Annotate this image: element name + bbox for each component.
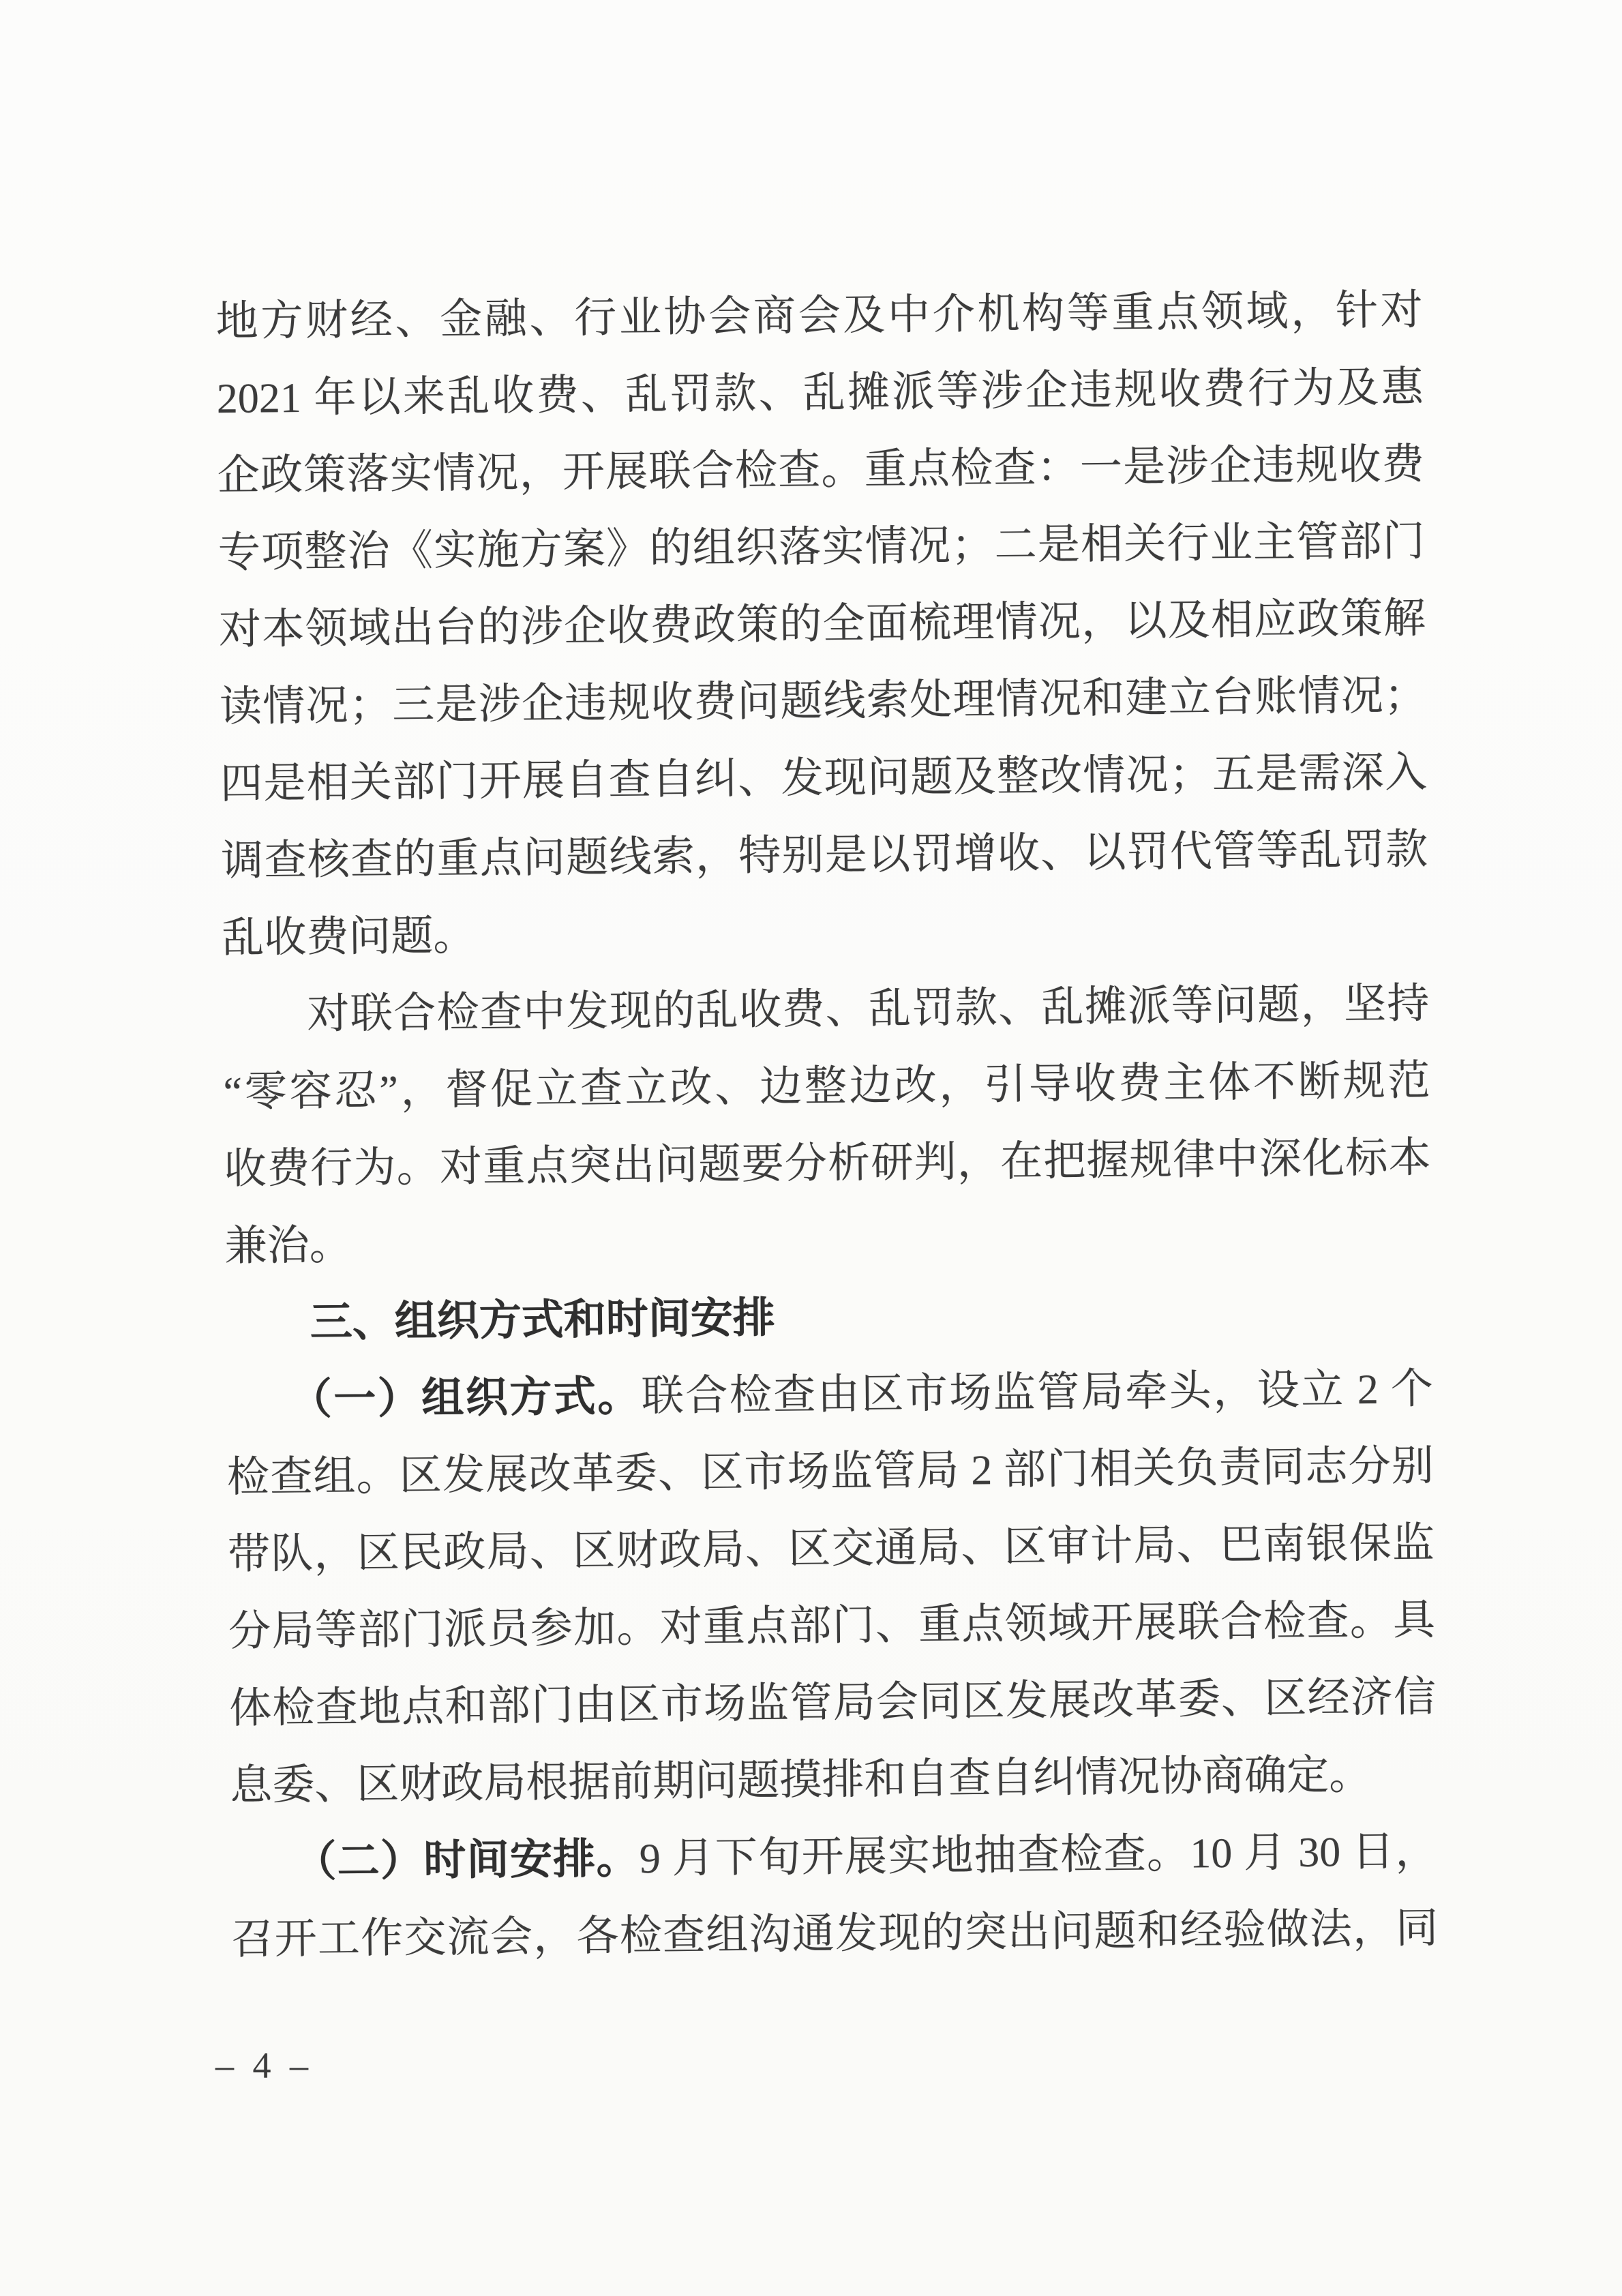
body-line: 分局等部门派员参加。对重点部门、重点领域开展联合检查。具 xyxy=(228,1581,1436,1670)
body-line: 收费行为。对重点突出问题要分析研判，在把握规律中深化标本 xyxy=(224,1119,1431,1208)
text-run: 分局等部门派员参加。对重点部门、重点领域开展联合检查。具 xyxy=(228,1597,1436,1655)
body-line: 检查组。区发展改革委、区市场监管局 2 部门相关负责同志分别 xyxy=(226,1427,1434,1516)
text-run: 四是相关部门开展自查自纠、发现问题及整改情况；五是需深入 xyxy=(220,749,1428,807)
text-run: 召开工作交流会，各检查组沟通发现的突出问题和经验做法，同 xyxy=(231,1905,1439,1963)
text-run: 9 月下旬开展实地抽查检查。10 月 30 日， xyxy=(639,1828,1437,1882)
body-line: （二）时间安排。9 月下旬开展实地抽查检查。10 月 30 日， xyxy=(230,1813,1438,1901)
body-line: 对联合检查中发现的乱收费、乱罚款、乱摊派等问题，坚持 xyxy=(222,965,1430,1054)
text-run: 读情况；三是涉企违规收费问题线索处理情况和建立台账情况； xyxy=(220,672,1427,730)
text-run: 乱收费问题。 xyxy=(222,913,476,962)
page-number: – 4 – xyxy=(215,2044,313,2087)
text-run: 对本领域出台的涉企收费政策的全面梳理情况，以及相应政策解 xyxy=(219,595,1426,653)
text-run: 专项整治《实施方案》的组织落实情况；二是相关行业主管部门 xyxy=(218,518,1426,576)
body-line: （一）组织方式。联合检查由区市场监管局牵头，设立 2 个 xyxy=(226,1350,1433,1439)
body-line: 息委、区财政局根据前期问题摸排和自查自纠情况协商确定。 xyxy=(230,1735,1437,1824)
body-line: 企政策落实情况，开展联合检查。重点检查：一是涉企违规收费 xyxy=(217,426,1424,514)
text-run: 兼治。 xyxy=(224,1222,352,1270)
body-line: 乱收费问题。 xyxy=(222,888,1429,976)
text-run: “零容忍”，督促立查立改、边整边改，引导收费主体不断规范 xyxy=(223,1058,1430,1116)
bold-run: （二）时间安排。 xyxy=(294,1835,640,1885)
body-line: 兼治。 xyxy=(224,1196,1432,1285)
body-line: 对本领域出台的涉企收费政策的全面梳理情况，以及相应政策解 xyxy=(218,580,1426,668)
bold-run: （一）组织方式。 xyxy=(290,1373,642,1423)
body-line: 召开工作交流会，各检查组沟通发现的突出问题和经验做法，同 xyxy=(231,1890,1439,1978)
text-run: 2021 年以来乱收费、乱罚款、乱摊派等涉企违规收费行为及惠 xyxy=(216,364,1424,422)
body-line: 专项整治《实施方案》的组织落实情况；二是相关行业主管部门 xyxy=(217,503,1425,591)
text-run: 地方财经、金融、行业协会商会及中介机构等重点领域，针对 xyxy=(215,287,1423,345)
text-run: 企政策落实情况，开展联合检查。重点检查：一是涉企违规收费 xyxy=(217,441,1425,499)
text-run: 带队，区民政局、区财政局、区交通局、区审计局、巴南银保监 xyxy=(228,1520,1435,1578)
text-run: 对联合检查中发现的乱收费、乱罚款、乱摊派等问题，坚持 xyxy=(307,981,1430,1038)
text-run: 体检查地点和部门由区市场监管局会同区发展改革委、区经济信 xyxy=(229,1674,1437,1732)
body-line: “零容忍”，督促立查立改、边整边改，引导收费主体不断规范 xyxy=(223,1042,1430,1131)
text-run: 联合检查由区市场监管局牵头，设立 2 个 xyxy=(642,1366,1434,1420)
section-heading: 三、组织方式和时间安排 xyxy=(225,1273,1432,1362)
text-block: 地方财经、金融、行业协会商会及中介机构等重点领域，针对 2021 年以来乱收费、… xyxy=(215,271,1439,1978)
document-page: 地方财经、金融、行业协会商会及中介机构等重点领域，针对 2021 年以来乱收费、… xyxy=(0,0,1622,2296)
text-run: 收费行为。对重点突出问题要分析研判，在把握规律中深化标本 xyxy=(224,1135,1431,1193)
heading-text: 三、组织方式和时间安排 xyxy=(310,1294,775,1346)
body-line: 带队，区民政局、区财政局、区交通局、区审计局、巴南银保监 xyxy=(227,1504,1435,1593)
body-line: 体检查地点和部门由区市场监管局会同区发展改革委、区经济信 xyxy=(229,1658,1437,1747)
text-run: 调查核查的重点问题线索，特别是以罚增收、以罚代管等乱罚款 xyxy=(221,826,1428,884)
text-run: 检查组。区发展改革委、区市场监管局 2 部门相关负责同志分别 xyxy=(227,1443,1435,1501)
body-line: 地方财经、金融、行业协会商会及中介机构等重点领域，针对 xyxy=(215,271,1423,360)
body-line: 2021 年以来乱收费、乱罚款、乱摊派等涉企违规收费行为及惠 xyxy=(216,348,1424,437)
text-run: 息委、区财政局根据前期问题摸排和自查自纠情况协商确定。 xyxy=(230,1752,1372,1809)
body-line: 四是相关部门开展自查自纠、发现问题及整改情况；五是需深入 xyxy=(220,734,1428,822)
body-line: 调查核查的重点问题线索，特别是以罚增收、以罚代管等乱罚款 xyxy=(221,811,1428,899)
body-line: 读情况；三是涉企违规收费问题线索处理情况和建立台账情况； xyxy=(220,657,1427,745)
